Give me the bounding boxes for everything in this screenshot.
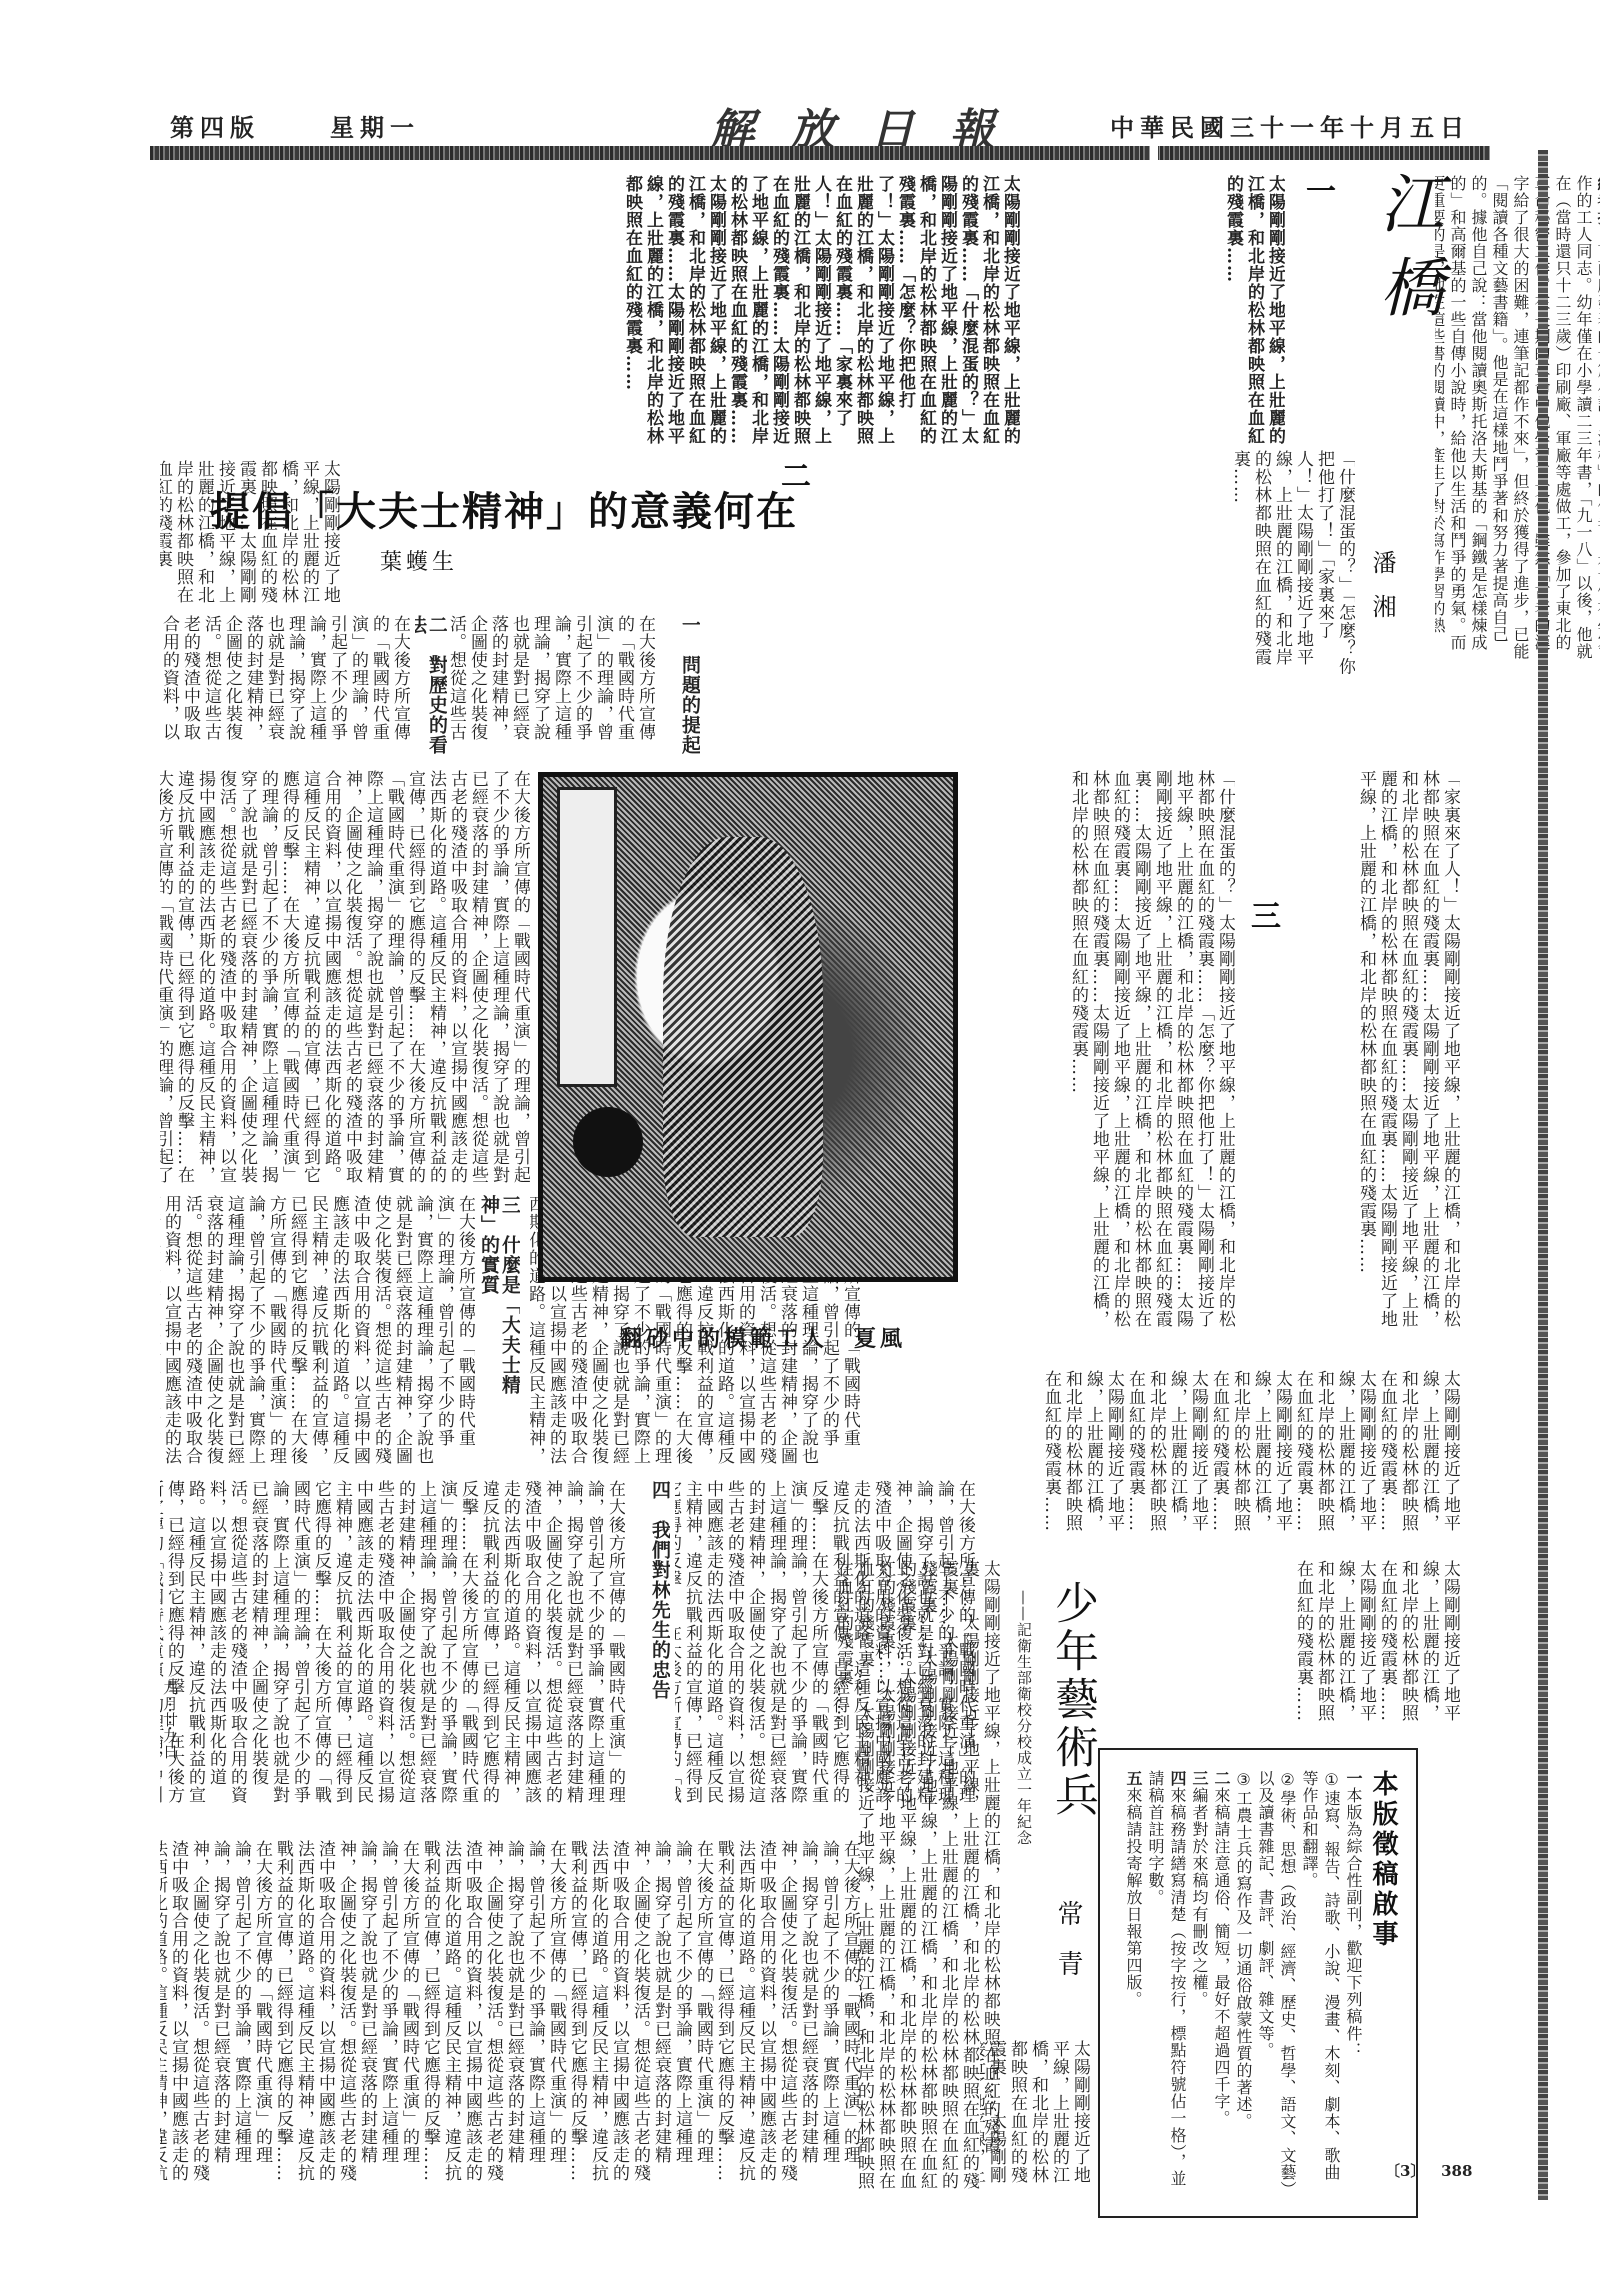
masthead-rule bbox=[150, 146, 1490, 160]
story-body-section-3: 「什麼混蛋的？」太陽剛剛接近了地平線，上壯麗的江橋，和北岸的松林都映照在血紅的殘… bbox=[980, 770, 1235, 1330]
article-body-3: 在大後方所宣傳的「戰國時代重演」的理論，曾引起了不少的爭論，實際上這種理論，揭穿… bbox=[160, 1195, 475, 1465]
page-number: 388 bbox=[1441, 2162, 1472, 2180]
poem-subtitle: ——記衛生部衛校分校成立一年紀念 bbox=[1010, 1590, 1034, 1850]
page-edge bbox=[1538, 150, 1548, 2200]
article-headline: 提倡「大夫士精神」的意義何在 bbox=[210, 480, 798, 537]
story-author: 潘湘 bbox=[1365, 550, 1400, 638]
woodcut-artist: 夏風 bbox=[854, 1326, 906, 1352]
poem-body-b: 太陽剛剛接近了地平線，上壯麗的江橋，和北岸的松林都映照在血紅的殘霞裏……太陽剛剛… bbox=[980, 2040, 1090, 2190]
article-body-1: 在大後方所宣傳的「戰國時代重演」的理論，曾引起了不少的爭論，實際上這種理論，揭穿… bbox=[450, 615, 655, 755]
story-body-section-2: 太陽剛剛接近了地平線，上壯麗的江橋，和北岸的松林都映照在血紅的殘霞裏……「什麼混… bbox=[160, 175, 1020, 445]
article-body-2b: 在大後方所宣傳的「戰國時代重演」的理論，曾引起了不少的爭論，實際上這種理論，揭穿… bbox=[160, 770, 530, 1190]
editor-note: 編者按：下面所發表的一篇小說「江橋」的作者，是一個初學寫作的工人同志。幼年僅在小… bbox=[1435, 175, 1600, 665]
editor-note-label: 編者按： bbox=[1595, 175, 1600, 243]
story-body: 太陽剛剛接近了地平線，上壯麗的江橋，和北岸的松林都映照在血紅的殘霞裏…… bbox=[1055, 175, 1285, 445]
story-body-end: 太陽剛剛接近了地平線，上壯麗的江橋，和北岸的松林都映照在血紅的殘霞裏……太陽剛剛… bbox=[1260, 1560, 1460, 1730]
story-body-continued: 「什麼混蛋的？」「怎麼？你把他打了！」「家裏來了人！」太陽剛剛接近了地平線，上壯… bbox=[1055, 450, 1355, 680]
notice-title: 本版徵稿啟事 bbox=[1365, 1770, 1402, 1950]
article-body-4: 在大後方所宣傳的「戰國時代重演」的理論，曾引起了不少的爭論，實際上這種理論，揭穿… bbox=[160, 1480, 625, 1810]
notice-items: 一本版為綜合性副刊，歡迎下列稿件： ①速寫、報告、詩歌、小說、漫畫、木刻、劇本、… bbox=[1114, 1770, 1364, 2190]
article-section-1-heading: 一 問題的提起 bbox=[660, 615, 700, 755]
article-section-3-heading: 三 什麼是「大夫士精神」的實質 bbox=[480, 1195, 520, 1425]
woodcut-illustration bbox=[538, 772, 958, 1282]
story-body-section-3b: 「家裏來了人！」太陽剛剛接近了地平線，上壯麗的江橋，和北岸的松林都映照在血紅的殘… bbox=[1260, 770, 1460, 1330]
poem-body: 太陽剛剛接近了地平線，上壯麗的江橋，和北岸的松林都映照在血紅的殘霞裏……太陽剛剛… bbox=[590, 1560, 1000, 2190]
edition-label: 第四版 bbox=[170, 108, 260, 143]
woodcut-caption: 翻砂中的模範工人 夏風 bbox=[620, 1322, 906, 1353]
article-body-2: 在大後方所宣傳的「戰國時代重演」的理論，曾引起了不少的爭論，實際上這種理論，揭穿… bbox=[160, 615, 410, 755]
article-date: 九月廿九日 bbox=[150, 1680, 180, 1810]
weekday-label: 星期一 bbox=[330, 108, 420, 143]
call-for-submissions: 本版徵稿啟事 一本版為綜合性副刊，歡迎下列稿件： ①速寫、報告、詩歌、小說、漫畫… bbox=[1098, 1748, 1418, 2218]
page-marker: 〔3〕 bbox=[1385, 2162, 1425, 2180]
story-section-1: 一 bbox=[1295, 175, 1339, 205]
worker-figure bbox=[663, 837, 823, 1237]
newspaper-page: 第四版 星期一 解放日報 中華民國三十一年十月五日 江橋 潘湘 編者按：下面所發… bbox=[150, 80, 1490, 2190]
page-footer: 〔3〕 388 bbox=[1385, 2160, 1472, 2181]
masthead: 第四版 星期一 解放日報 中華民國三十一年十月五日 bbox=[150, 80, 1490, 148]
story-body-section-3c: 太陽剛剛接近了地平線，上壯麗的江橋，和北岸的松林都映照在血紅的殘霞裏……太陽剛剛… bbox=[980, 1370, 1460, 1540]
poem-title: 少年藝術兵 bbox=[1040, 1580, 1104, 1820]
article-section-2-heading: 二 對歷史的看法 bbox=[415, 615, 447, 755]
woodcut-title: 翻砂中的模範工人 bbox=[620, 1326, 828, 1352]
poem-author: 常青 bbox=[1050, 1900, 1087, 2000]
editor-note-text: 下面所發表的一篇小說「江橋」的作者，是一個初學寫作的工人同志。幼年僅在小學讀二三… bbox=[1435, 175, 1600, 660]
issue-date: 中華民國三十一年十月五日 bbox=[1110, 108, 1470, 143]
article-author: 葉蠖生 bbox=[380, 545, 458, 576]
